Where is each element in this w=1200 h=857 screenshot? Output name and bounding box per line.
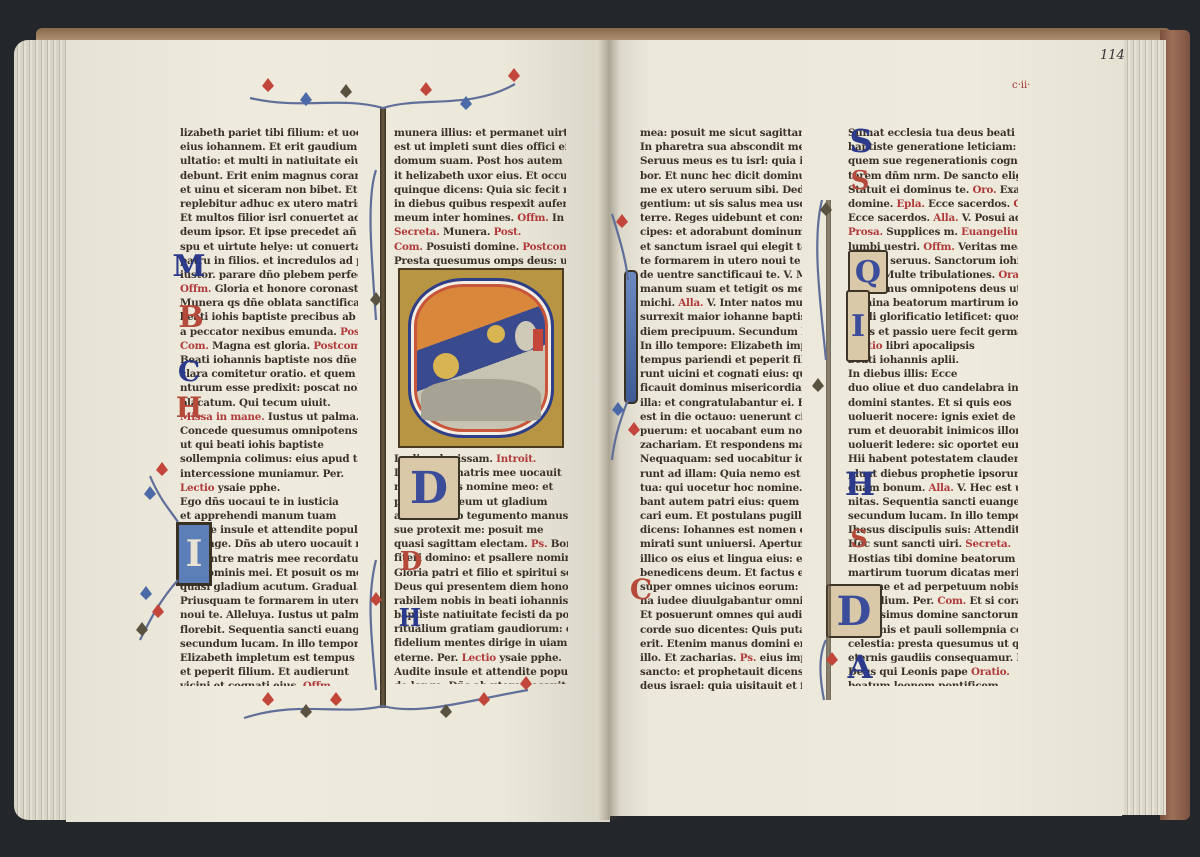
ivy-border-decoration — [0, 0, 1200, 857]
vine-center-bar-side — [371, 170, 376, 690]
vine-right-margin — [612, 214, 628, 460]
vine-right-column — [817, 200, 826, 700]
vine-top-left — [250, 84, 515, 108]
ivy-leaves — [136, 68, 838, 718]
